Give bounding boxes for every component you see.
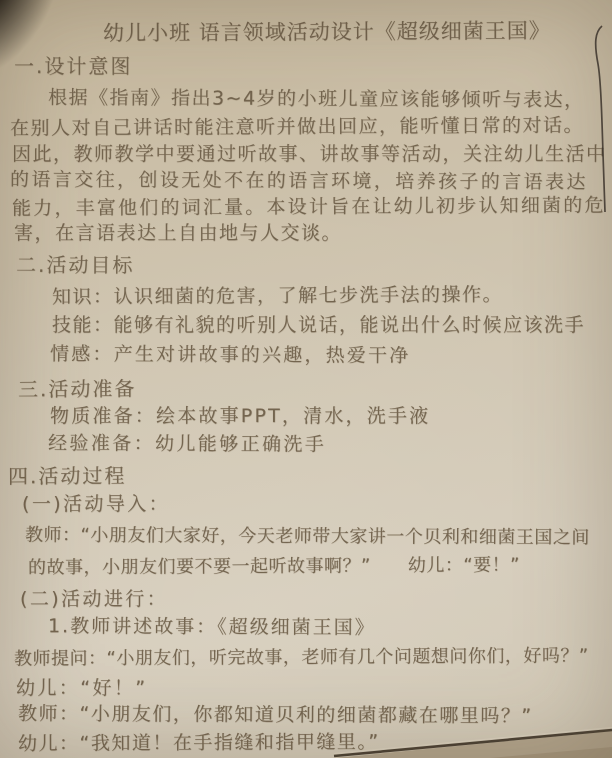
design-intent-line: 根据《指南》指出3~4岁的小班儿童应该能够倾听与表达， bbox=[48, 83, 585, 113]
hair-strand bbox=[596, 26, 605, 212]
intro-dialog-line: 的故事，小朋友们要不要一起听故事啊？” 幼儿：“要！” bbox=[28, 551, 520, 580]
process-intro-heading: (一)活动导入： bbox=[22, 489, 170, 516]
preparation-material: 物质准备：绘本故事PPT，清水，洗手液 bbox=[50, 401, 430, 428]
heading-objectives: 二.活动目标 bbox=[16, 249, 134, 279]
qa-dialog-line: 教师提问：“小朋友们，听完故事，老师有几个问题想问你们，好吗？” bbox=[14, 641, 589, 670]
design-intent-line: 因此，教师教学中要通过听故事、讲故事等活动，关注幼儿生活中 bbox=[12, 139, 607, 166]
qa-dialog-line: 教师：“小朋友们，你都知道贝利的细菌都藏在哪里吗？” bbox=[18, 699, 533, 729]
design-intent-line: 害，在言语表达上自由地与人交谈。 bbox=[14, 218, 342, 245]
doc-title: 幼儿小班 语言领域活动设计《超级细菌王国》 bbox=[103, 15, 551, 47]
objective-knowledge: 知识：认识细菌的危害，了解七步洗手法的操作。 bbox=[52, 280, 503, 310]
heading-design-intent: 一.设计意图 bbox=[14, 50, 132, 79]
heading-process: 四.活动过程 bbox=[8, 460, 127, 490]
story-telling-line: 1.教师讲述故事：《超级细菌王国》 bbox=[48, 611, 376, 640]
design-intent-line: 能力，丰富他们的词汇量。本设计旨在让幼儿初步认知细菌的危 bbox=[12, 190, 606, 220]
qa-dialog-line: 幼儿：“我知道！在手指缝和指甲缝里。” bbox=[18, 727, 380, 756]
objective-emotion: 情感：产生对讲故事的兴趣，热爱干净 bbox=[50, 339, 411, 368]
intro-dialog-line: 教师：“小朋友们大家好，今天老师带大家讲一个贝利和细菌王国之间 bbox=[25, 521, 590, 550]
handwritten-lesson-plan-photo: 幼儿小班 语言领域活动设计《超级细菌王国》 一.设计意图 根据《指南》指出3~4… bbox=[0, 0, 612, 758]
heading-preparation: 三.活动准备 bbox=[18, 373, 137, 403]
qa-dialog-line: 幼儿：“好！” bbox=[16, 673, 148, 700]
process-proceed-heading: (二)活动进行： bbox=[20, 584, 168, 611]
objective-skill: 技能：能够有礼貌的听别人说话，能说出什么时候应该洗手 bbox=[52, 310, 585, 337]
preparation-experience: 经验准备：幼儿能够正确洗手 bbox=[48, 428, 326, 456]
design-intent-line: 在别人对自己讲话时能注意听并做出回应，能听懂日常的对话。 bbox=[10, 110, 584, 140]
